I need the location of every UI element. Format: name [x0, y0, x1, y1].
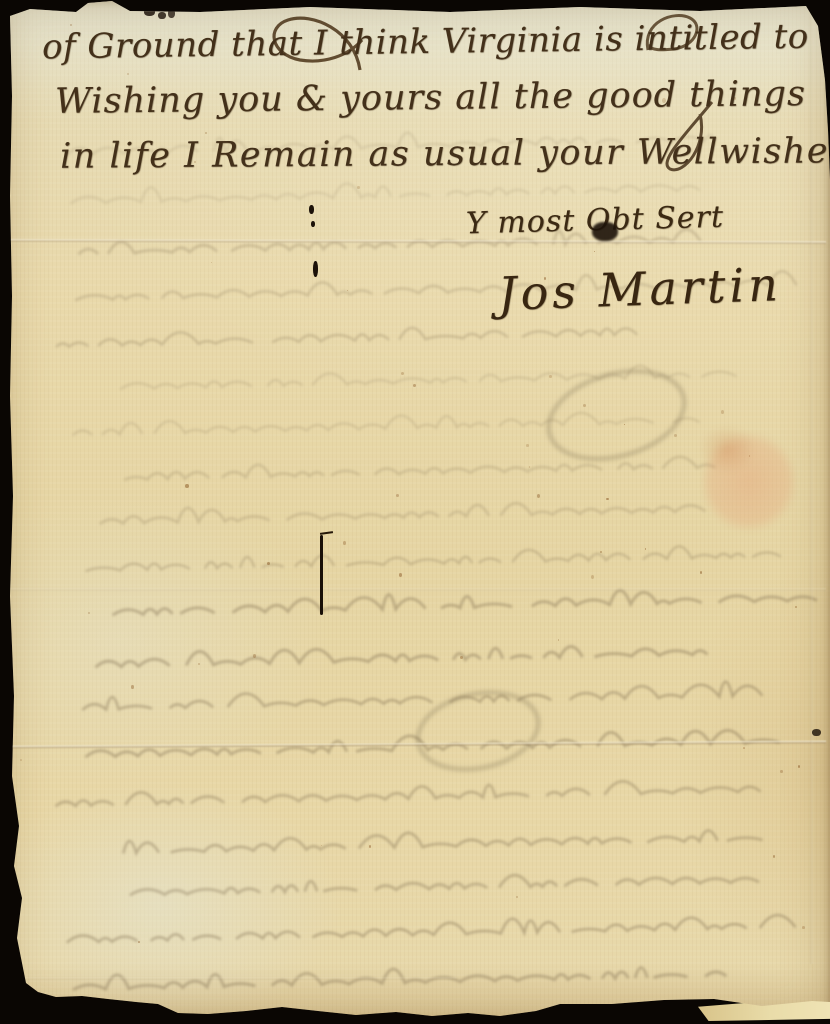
ink-dot — [309, 205, 314, 214]
paper-speck — [549, 375, 552, 378]
paper-speck — [802, 926, 805, 929]
signature: Jos Martin — [497, 257, 782, 321]
paper-speck — [70, 24, 72, 26]
paper-speck — [674, 434, 677, 437]
paper-speck — [413, 384, 416, 387]
ink-dot — [311, 221, 315, 227]
paper-speck — [558, 639, 559, 641]
fold-crease-middle — [10, 588, 826, 591]
paper-speck — [645, 548, 646, 550]
paper-speck — [20, 759, 22, 761]
letter-page: of Ground that I think Virginia is intit… — [0, 0, 830, 1024]
ink-speckle — [158, 12, 166, 19]
paper-speck — [773, 855, 775, 858]
letter-line: Wishing you & yours all the good things — [55, 74, 806, 122]
paper-speck — [127, 73, 129, 75]
ink-blot — [592, 222, 618, 241]
paper-speck — [205, 132, 207, 134]
paper-speck — [624, 424, 625, 425]
paper-speck — [321, 845, 322, 846]
fold-crease-bottom — [10, 977, 457, 980]
paper-speck — [399, 573, 402, 577]
paper-speck — [396, 494, 399, 497]
paper-speck — [138, 941, 140, 943]
paper-speck — [700, 571, 702, 574]
paper-speck — [583, 404, 586, 407]
paper-speck — [211, 262, 212, 263]
ink-speckle — [168, 9, 175, 18]
scanner-background: of Ground that I think Virginia is intit… — [0, 0, 830, 1024]
paper-speck — [537, 494, 540, 498]
paper-speck — [594, 251, 595, 252]
paper-speck — [460, 656, 463, 659]
paper-speck — [591, 575, 594, 579]
letter-line: in life I Remain as usual your Wellwishe… — [60, 131, 830, 176]
paper-speck — [253, 654, 256, 658]
paper-speck — [401, 372, 404, 375]
paper-speck — [88, 612, 90, 614]
paper-speck — [606, 498, 609, 500]
vertical-ink-mark — [320, 535, 323, 615]
ink-speckle — [144, 8, 155, 16]
seal-stain-rim — [690, 418, 764, 480]
paper-speck — [529, 466, 530, 468]
paper-speck — [198, 663, 200, 665]
paper-speck — [347, 290, 348, 291]
paper-speck — [131, 685, 134, 689]
paper-speck — [780, 770, 783, 773]
paper-speck — [743, 747, 745, 749]
paper-speck — [516, 896, 518, 898]
paper-speck — [343, 541, 346, 545]
paper-speck — [798, 765, 800, 768]
paper-speck — [267, 562, 270, 565]
paper-speck — [600, 551, 602, 553]
paper-speck — [721, 410, 724, 414]
paper-speck — [185, 484, 189, 488]
ink-dot-crease-end — [812, 729, 821, 736]
paper-speck — [357, 186, 360, 189]
paper-speck — [369, 845, 371, 848]
paper-speck — [795, 606, 797, 608]
ink-dot — [313, 261, 318, 277]
paper-speck — [526, 444, 529, 447]
